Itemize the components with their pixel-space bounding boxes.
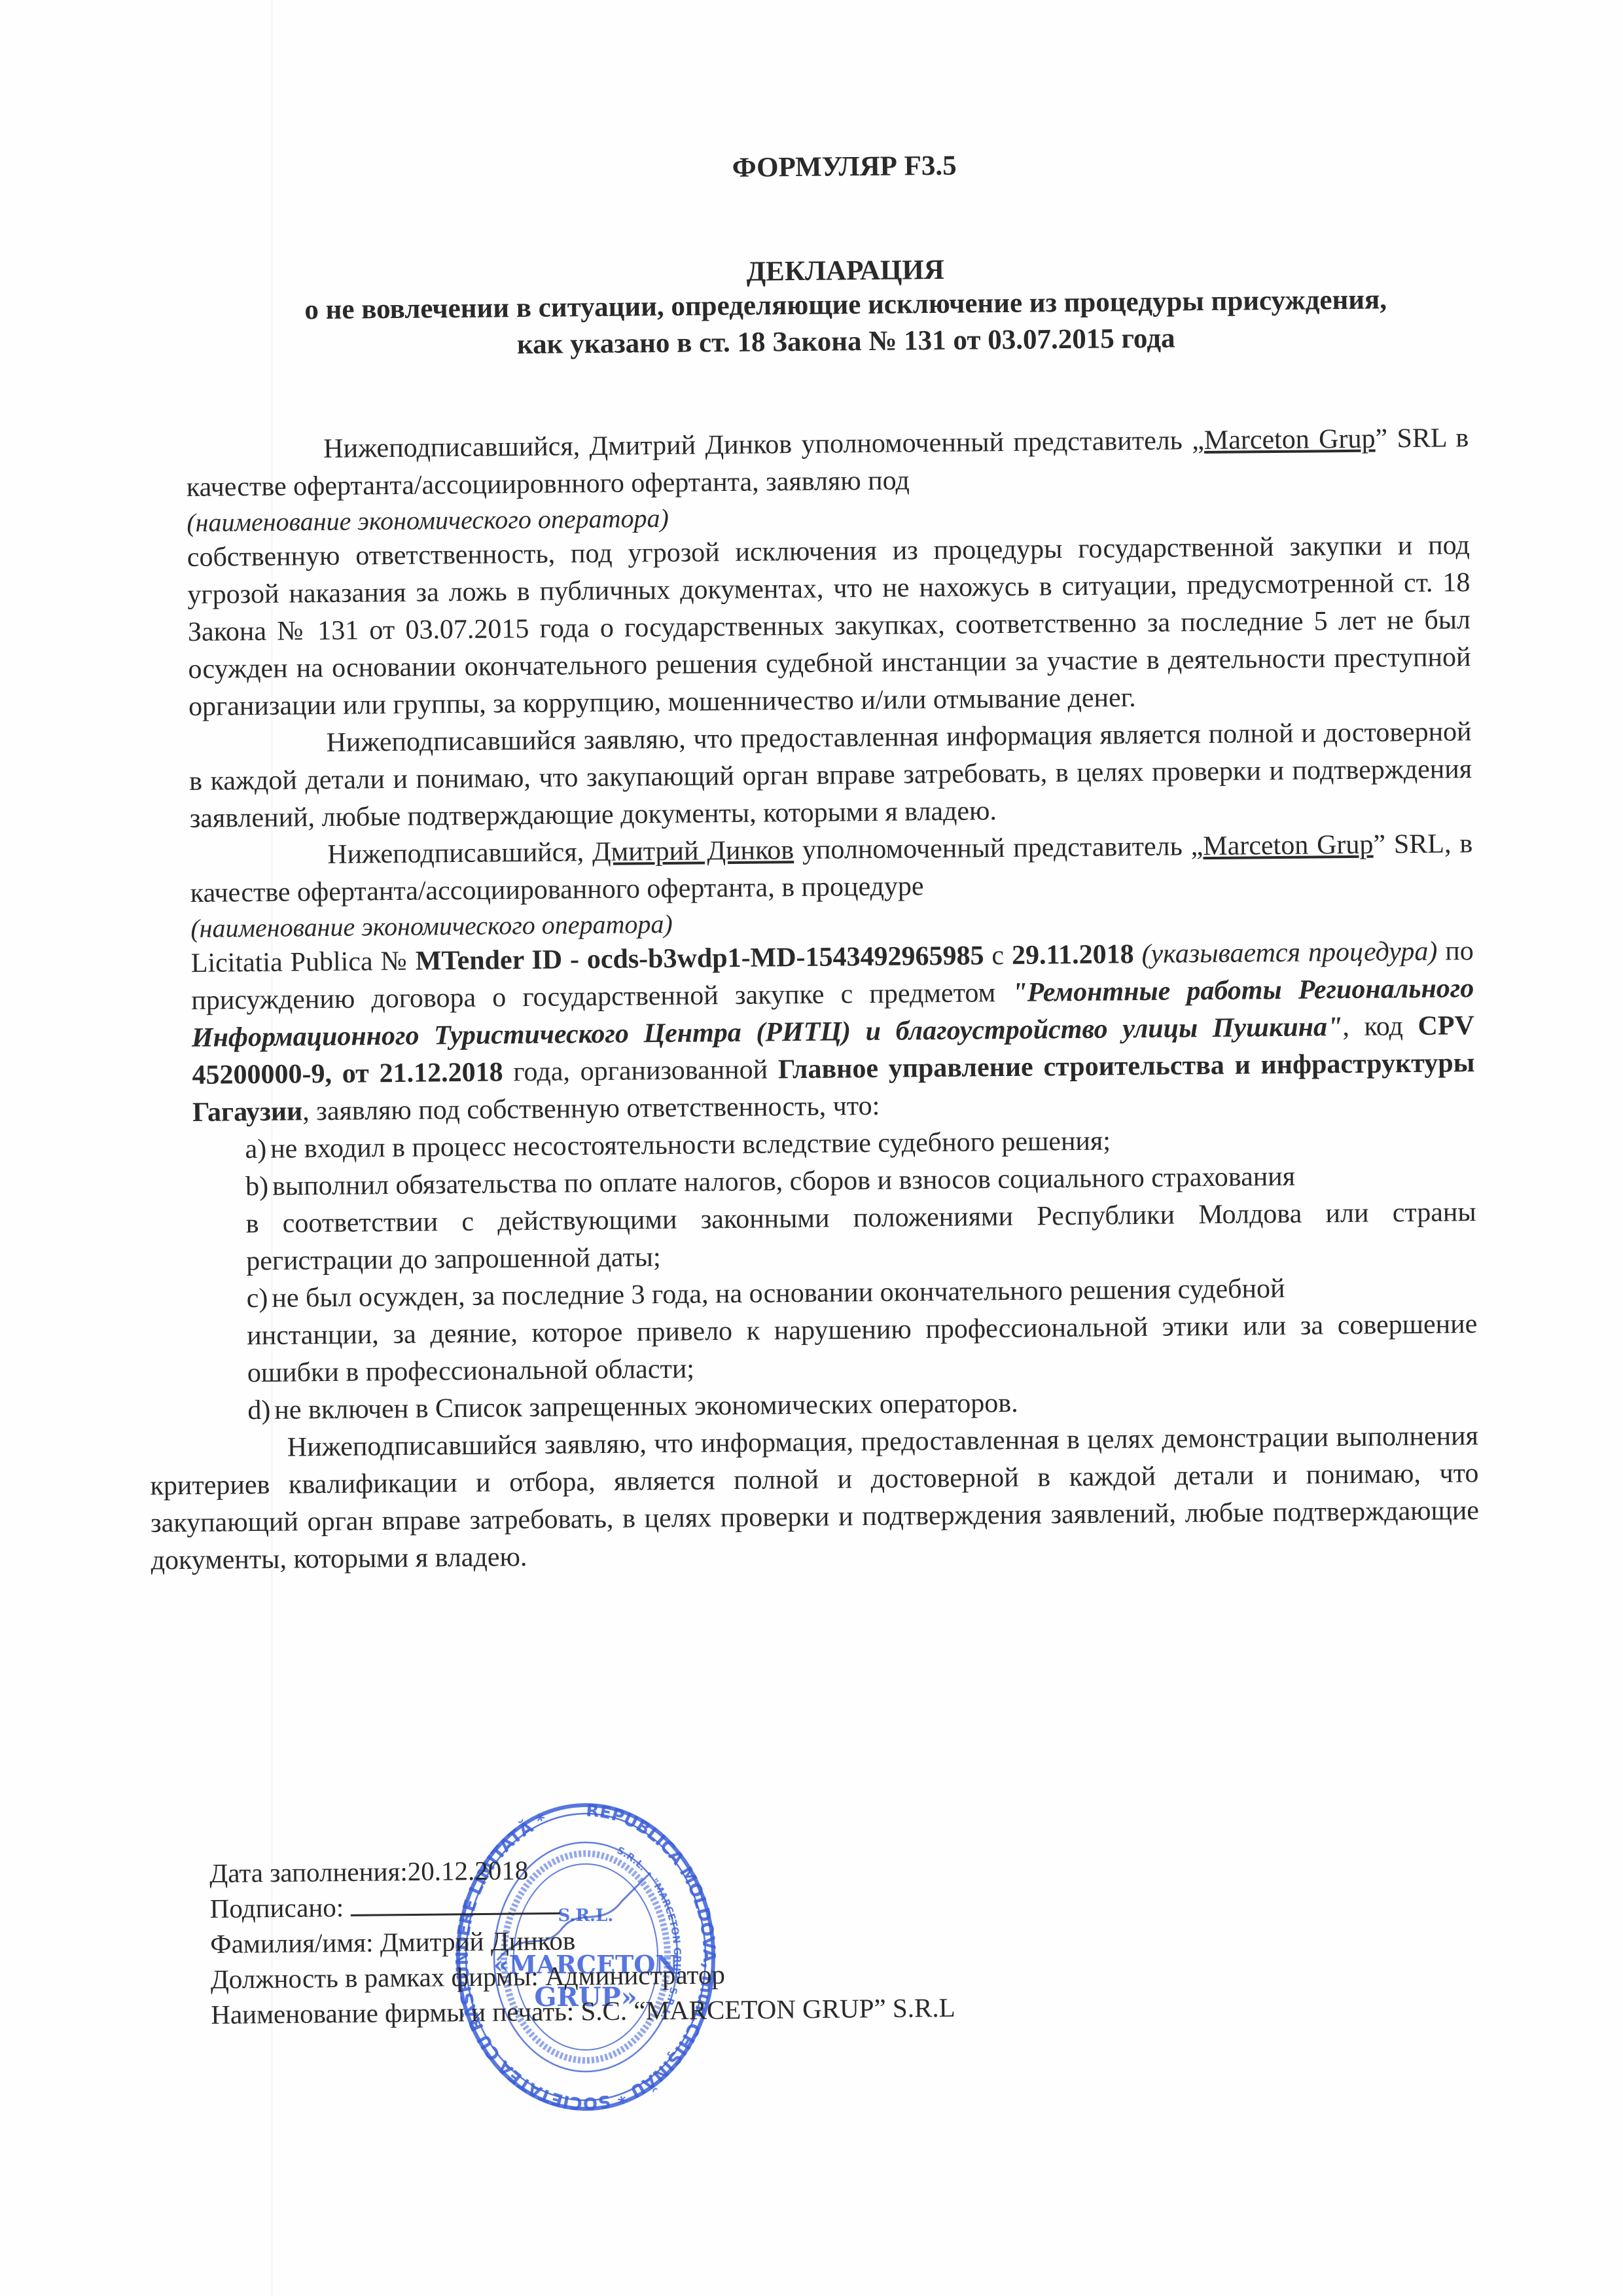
procedure-start-date: 29.11.2018 [1012, 939, 1134, 971]
paragraph-1-body: собственную ответственность, под угрозой… [187, 527, 1472, 726]
organized-text: года, организованной [513, 1054, 768, 1087]
condition-letter: b) [245, 1168, 269, 1206]
company-name-2: Marceton Grup [1203, 830, 1374, 861]
signatory-intro: Нижеподписавшийся, Дмитрий Динков уполно… [323, 425, 1183, 464]
procedure-id: MTender ID - ocds-b3wdp1-MD-154349296598… [416, 941, 984, 976]
condition-b-continuation: в соответствии с действующими законными … [193, 1194, 1476, 1281]
signature-block: Дата заполнения:20.12.2018 Подписано: Фа… [209, 1848, 955, 2032]
condition-letter: a) [245, 1131, 266, 1168]
name-label: Фамилия/имя: [210, 1928, 374, 1959]
procedure-hint: (указывается процедура) [1141, 937, 1437, 969]
fill-date-label: Дата заполнения: [209, 1856, 408, 1888]
procedure-details: Licitatia Publica № MTender ID - ocds-b3… [191, 933, 1476, 1132]
paragraph-2: Нижеподписавшийся заявляю, что предостав… [188, 713, 1472, 838]
condition-letter: c) [246, 1280, 268, 1318]
signatory-name: Дмитрий Динков [592, 835, 794, 867]
document-body: ФОРМУЛЯР F3.5 ДЕКЛАРАЦИЯ о не вовлечении… [183, 145, 1480, 1579]
name-value: Дмитрий Динков [380, 1926, 576, 1958]
paragraph-3-intro: Нижеподписавшийся, Дмитрий Динков уполно… [190, 825, 1473, 912]
company-name: Marceton Grup [1204, 424, 1376, 456]
from-word: с [991, 941, 1004, 971]
position-label: Должность в рамках фирмы: [211, 1961, 539, 1994]
quote-open: „ [1192, 425, 1204, 456]
signature-line [350, 1893, 560, 1916]
representative-text: уполномоченный представитель [802, 831, 1183, 865]
position-value: Администратор [545, 1959, 725, 1991]
conditions-list: a) не входил в процесс несостоятельности… [192, 1119, 1476, 1206]
condition-c-continuation: инстанции, за деяние, которое привело к … [194, 1306, 1478, 1393]
signatory-intro-2: Нижеподписавшийся, [327, 837, 584, 870]
declaration-closing: , заявляю под собственную ответственност… [302, 1091, 880, 1126]
cpv-prefix: , код [1342, 1011, 1403, 1042]
procedure-prefix: Licitatia Publica № [191, 946, 408, 978]
document-page: ФОРМУЛЯР F3.5 ДЕКЛАРАЦИЯ о не вовлечении… [0, 0, 1623, 2296]
company-value: S.C. “MARCETON GRUP” S.R.L [580, 1992, 955, 2026]
form-code: ФОРМУЛЯР F3.5 [223, 145, 1466, 188]
fill-date-value: 20.12.2018 [407, 1855, 528, 1886]
company-label: Наименование фирмы и печать: [211, 1996, 574, 2030]
signed-label: Подписано: [210, 1892, 344, 1924]
paragraph-4: Нижеподписавшийся заявляю, что информаци… [150, 1418, 1480, 1579]
quote-open-2: „ [1190, 831, 1203, 861]
paragraph-1-intro: Нижеподписавшийся, Дмитрий Динков уполно… [186, 420, 1469, 507]
condition-letter: d) [247, 1392, 271, 1429]
company-row: Наименование фирмы и печать: S.C. “MARCE… [211, 1990, 955, 2032]
